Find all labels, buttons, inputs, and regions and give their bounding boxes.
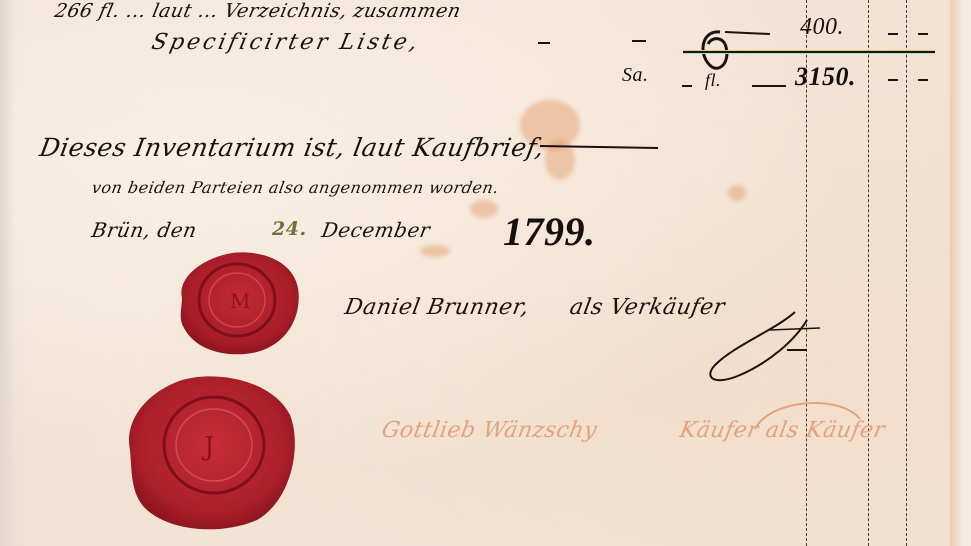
date-day: 24. <box>272 218 307 240</box>
dash <box>752 85 786 87</box>
text-line-2: Specificirter Liste, <box>149 30 422 55</box>
florin-symbol-icon <box>690 22 770 92</box>
signature-name: Daniel Brunner, <box>343 295 531 320</box>
sum-rule <box>683 51 935 53</box>
dash <box>632 40 646 42</box>
dash <box>918 33 928 35</box>
text-line-4: von beiden Parteien also angenommen word… <box>90 178 500 197</box>
document-page: 266 fl. ... laut ... Verzeichnis, zusamm… <box>0 0 971 546</box>
dash <box>682 85 692 87</box>
svg-text:M: M <box>230 289 250 313</box>
stain <box>420 245 450 257</box>
paper-edge-left <box>0 0 14 546</box>
ledger-column-rule <box>868 0 869 546</box>
signature-flourish <box>695 300 835 390</box>
text-line-1: 266 fl. ... laut ... Verzeichnis, zusamm… <box>53 0 463 22</box>
date-year: 1799. <box>503 208 596 255</box>
stain <box>470 200 498 218</box>
signature-name-faded: Gottlieb Wänzschy <box>380 418 599 443</box>
currency-symbol: fl. <box>705 70 721 91</box>
pen-stroke <box>540 138 660 158</box>
dash <box>918 79 928 81</box>
dash <box>888 79 898 81</box>
signature-flourish-faded <box>750 394 870 434</box>
ledger-column-rule <box>906 0 907 546</box>
ledger-amount-total: 3150. <box>795 62 856 92</box>
wax-seal-lower: J <box>122 370 302 535</box>
dash <box>538 42 550 44</box>
dash <box>888 33 898 35</box>
summa-label: Sa. <box>622 64 649 87</box>
wax-seal-upper: M <box>172 248 302 360</box>
ledger-amount-1: 400. <box>800 14 844 41</box>
place-text: Brün, den <box>90 218 199 242</box>
stain <box>728 185 746 201</box>
date-month: December <box>320 218 432 242</box>
paper-edge-right <box>950 0 971 546</box>
svg-text:J: J <box>201 432 214 462</box>
text-line-3: Dieses Inventarium ist, laut Kaufbrief, <box>37 133 546 162</box>
